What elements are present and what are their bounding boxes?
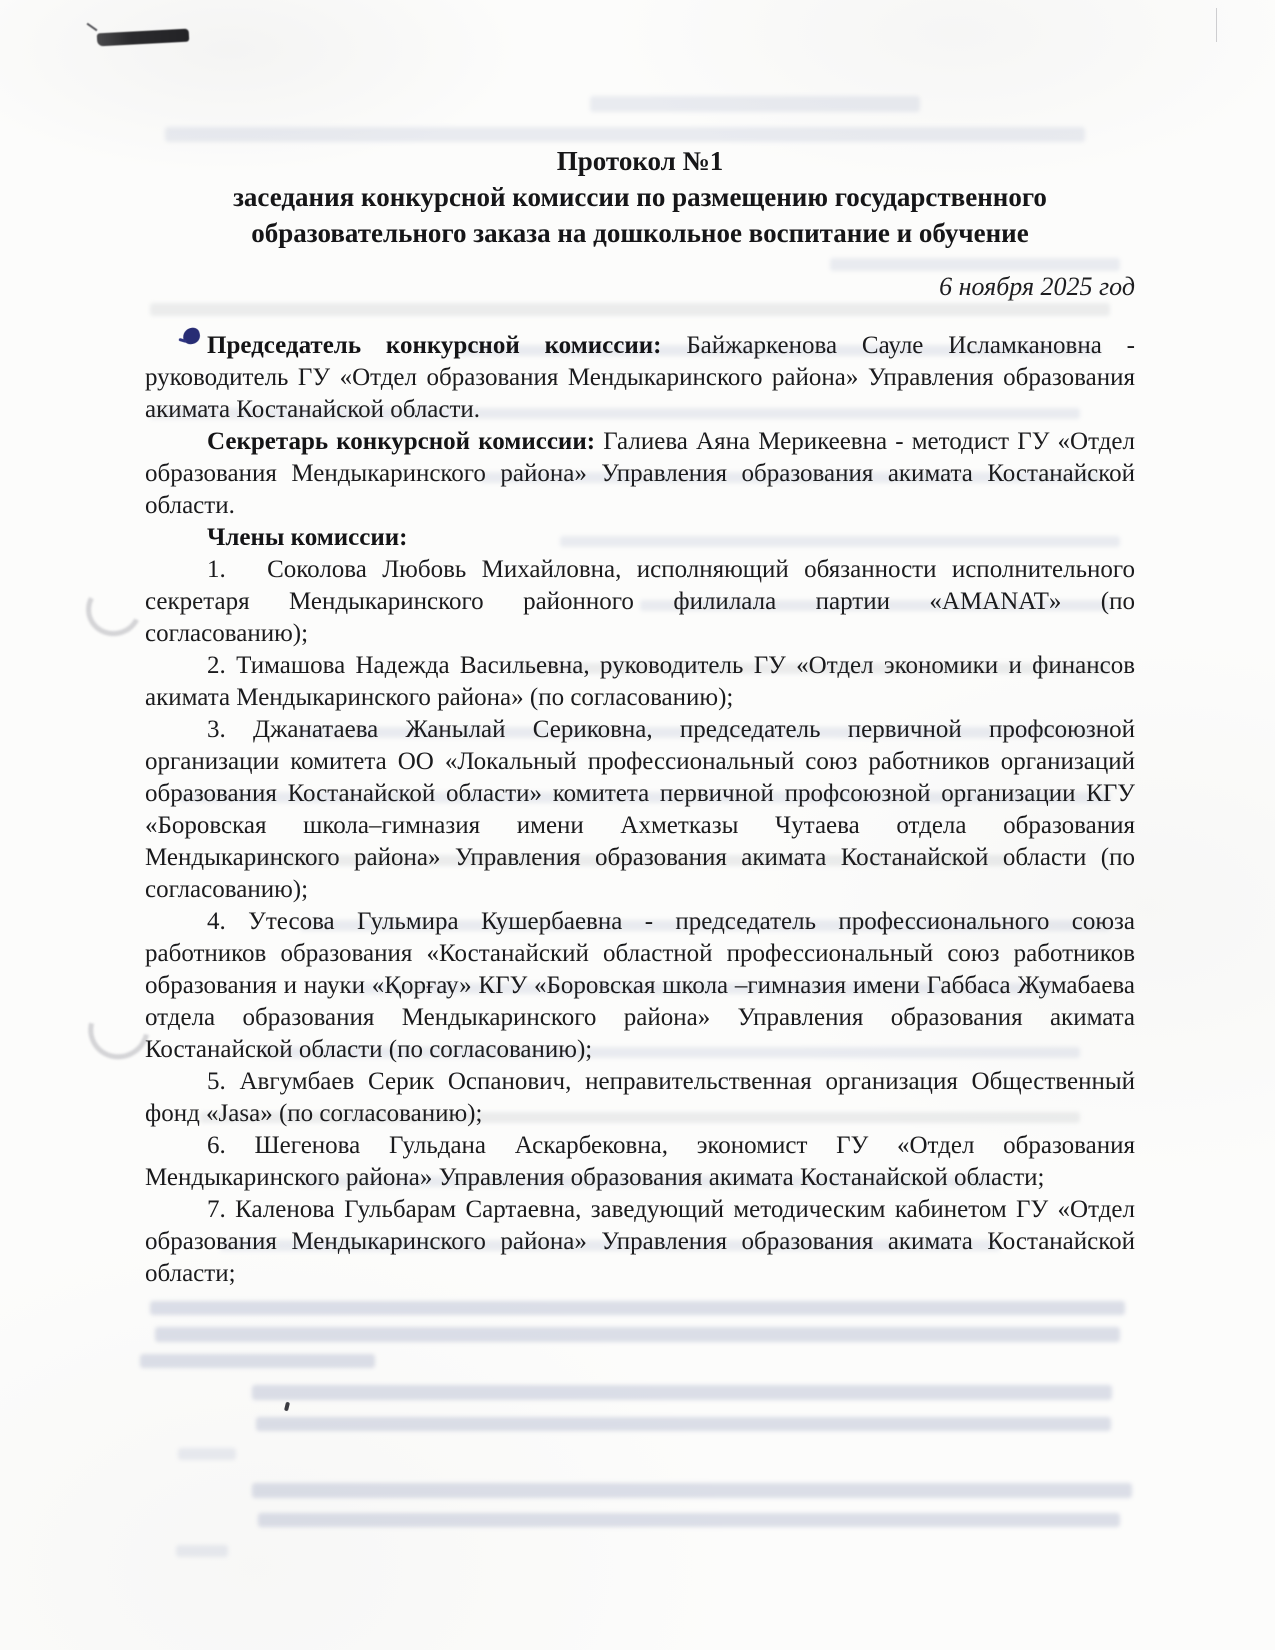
member-item-1: 1. Соколова Любовь Михайловна, исполняющ… [145,554,1135,650]
document-subtitle: заседания конкурсной комиссии по размеще… [145,179,1135,251]
scan-edge-line [1216,8,1217,42]
member-text: Соколова Любовь Михайловна, исполняющий … [145,556,1135,647]
member-item-5: 5. Авгумбаев Серик Оспанович, неправител… [145,1066,1135,1130]
member-item-3: 3. Джанатаева Жанылай Сериковна, председ… [145,714,1135,906]
ink-speck-mark [284,1402,290,1412]
chairman-label: Председатель конкурсной комиссии: [207,332,661,359]
bleedthrough-mark [258,1513,1120,1527]
member-number: 2. [207,650,226,682]
member-number: 3. [207,714,226,746]
member-number: 5. [207,1066,226,1098]
bleedthrough-mark [165,127,1085,142]
member-item-6: 6. Шегенова Гульдана Аскарбековна, эконо… [145,1130,1135,1194]
bleedthrough-mark [252,1483,1132,1498]
bleedthrough-mark [140,1354,375,1368]
member-number: 6. [207,1130,226,1162]
document-date: 6 ноября 2025 год [145,272,1135,302]
bleedthrough-mark [178,1448,236,1460]
pen-dash-hook-mark [87,23,98,32]
member-text: Шегенова Гульдана Аскарбековна, экономис… [145,1132,1135,1191]
member-number: 4. [207,906,226,938]
member-text: Тимашова Надежда Васильевна, руководител… [145,652,1135,711]
bleedthrough-mark [252,1385,1112,1400]
members-heading: Члены комиссии: [145,522,1135,554]
member-text: Джанатаева Жанылай Сериковна, председате… [145,716,1135,903]
member-item-4: 4. Утесова Гульмира Кушербаевна - предсе… [145,906,1135,1066]
member-number: 1. [207,554,226,586]
member-text: Авгумбаев Серик Оспанович, неправительст… [145,1068,1135,1127]
secretary-label: Секретарь конкурсной комиссии: [207,428,595,455]
paragraph-chairman: Председатель конкурсной комиссии: Байжар… [145,330,1135,426]
member-text: Утесова Гульмира Кушербаевна - председат… [145,908,1135,1063]
bleedthrough-mark [150,1301,1125,1315]
bleedthrough-mark [590,96,920,112]
hole-punch-shadow [79,575,149,644]
bleedthrough-mark [256,1417,1111,1431]
member-item-7: 7. Каленова Гульбарам Сартаевна, заведую… [145,1194,1135,1290]
member-text: Каленова Гульбарам Сартаевна, заведующий… [145,1196,1135,1287]
document-body: Председатель конкурсной комиссии: Байжар… [145,330,1135,1290]
member-item-2: 2. Тимашова Надежда Васильевна, руководи… [145,650,1135,714]
paragraph-secretary: Секретарь конкурсной комиссии: Галиева А… [145,426,1135,522]
document-title: Протокол №1 [145,143,1135,179]
document-content: Протокол №1 заседания конкурсной комисси… [145,143,1135,1290]
document-page: Протокол №1 заседания конкурсной комисси… [0,0,1275,1650]
bleedthrough-mark [155,1327,1120,1342]
bleedthrough-mark [176,1545,228,1557]
member-number: 7. [207,1194,226,1226]
pen-dash-mark [97,29,190,47]
